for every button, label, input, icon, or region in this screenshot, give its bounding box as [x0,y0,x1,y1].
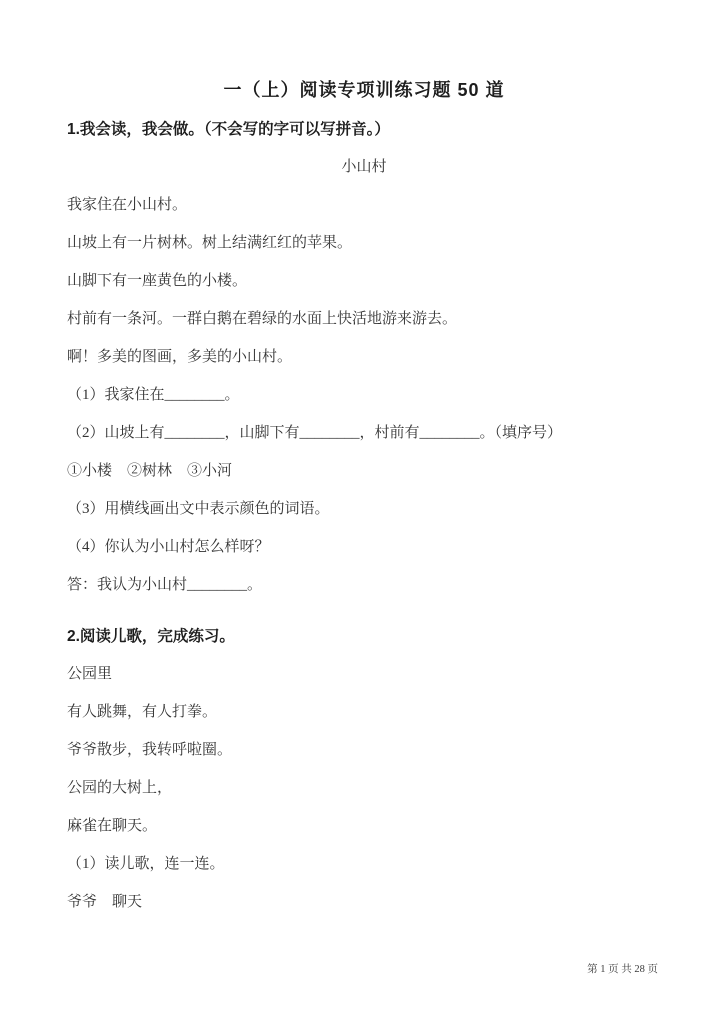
exercise-2-heading: 2.阅读儿歌，完成练习。 [67,626,661,647]
question-line: （2）山坡上有________，山脚下有________，村前有________… [67,423,661,444]
poem-line: 麻雀在聊天。 [67,816,661,837]
matching-line: 爷爷 聊天 [67,892,661,913]
question-line: （3）用横线画出文中表示颜色的词语。 [67,499,661,520]
answer-options-line: ①小楼 ②树林 ③小河 [67,461,661,482]
passage-line: 村前有一条河。一群白鹅在碧绿的水面上快活地游来游去。 [67,309,661,330]
passage-line: 山坡上有一片树林。树上结满红红的苹果。 [67,233,661,254]
question-line: （1）我家住在________。 [67,385,661,406]
question-line: （4）你认为小山村怎么样呀？ [67,537,661,558]
poem-line: 公园里 [67,664,661,685]
passage-line: 山脚下有一座黄色的小楼。 [67,271,661,292]
passage-title: 小山村 [67,157,661,178]
poem-line: 有人跳舞，有人打拳。 [67,702,661,723]
question-line: （1）读儿歌，连一连。 [67,854,661,875]
passage-line: 我家住在小山村。 [67,195,661,216]
document-page: 一（上）阅读专项训练习题 50 道 1.我会读，我会做。（不会写的字可以写拼音。… [0,0,724,1024]
poem-line: 公园的大树上， [67,778,661,799]
page-number: 第 1 页 共 28 页 [587,963,658,977]
exercise-1-heading: 1.我会读，我会做。（不会写的字可以写拼音。） [67,119,661,140]
passage-line: 啊！多美的图画，多美的小山村。 [67,347,661,368]
answer-line: 答：我认为小山村________。 [67,575,661,596]
page-title: 一（上）阅读专项训练习题 50 道 [67,78,661,102]
document-content: 一（上）阅读专项训练习题 50 道 1.我会读，我会做。（不会写的字可以写拼音。… [67,78,661,930]
poem-line: 爷爷散步，我转呼啦圈。 [67,740,661,761]
